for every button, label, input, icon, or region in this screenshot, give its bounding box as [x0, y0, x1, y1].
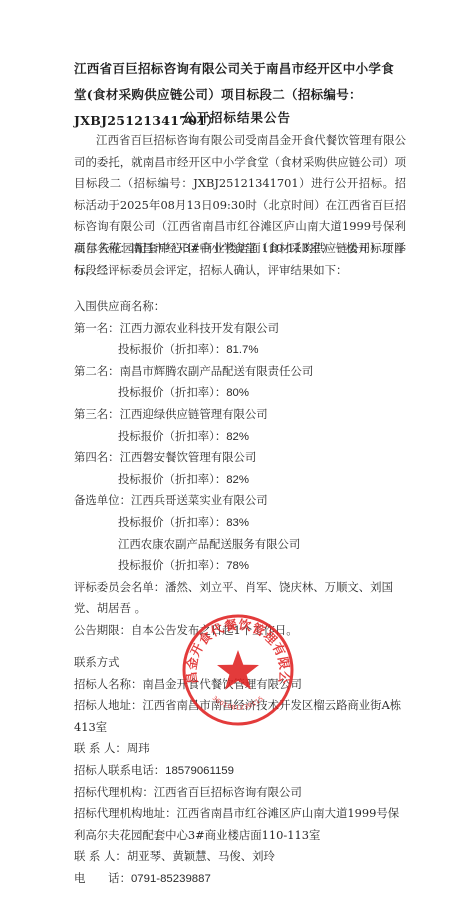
document-subtitle: 公开招标结果公告 [0, 108, 474, 126]
agency-label: 招标代理机构： [74, 785, 154, 799]
svg-text:3601081230115: 3601081230115 [211, 695, 266, 712]
company-name: 江西农康农副产品配送服务有限公司 [118, 537, 300, 551]
bid-price-label: 投标报价（折扣率）： [118, 558, 226, 572]
company-name: 江西磐安餐饮管理有限公司 [120, 450, 257, 464]
rank-label: 第二名： [74, 364, 120, 378]
company-name: 江西兵哥送菜实业有限公司 [131, 493, 268, 507]
discount-rate: 82% [226, 431, 249, 443]
ranking-2: 第二名：南昌市辉腾农副产品配送有限责任公司 投标报价（折扣率）：80% [74, 361, 406, 404]
tenderer-name-label: 招标人名称： [74, 677, 142, 691]
discount-rate: 83% [226, 517, 249, 529]
bid-price-label: 投标报价（折扣率）： [118, 472, 226, 486]
ranking-1: 第一名：江西力源农业科技开发有限公司 投标报价（折扣率）：81.7% [74, 318, 406, 361]
tenderer-phone-label: 招标人联系电话： [74, 763, 165, 777]
tenderer-address-label: 招标人地址： [74, 698, 142, 712]
discount-rate: 81.7% [226, 344, 258, 356]
company-name: 江西力源农业科技开发有限公司 [120, 321, 279, 335]
ranking-4: 第四名：江西磐安餐饮管理有限公司 投标报价（折扣率）：82% [74, 447, 406, 490]
tenderer-contact-label: 联 系 人： [74, 741, 127, 755]
seal-star-icon [217, 650, 259, 690]
results-section: 入围供应商名称： 第一名：江西力源农业科技开发有限公司 投标报价（折扣率）：81… [74, 296, 406, 642]
official-seal-icon: 南昌金开食代餐饮管理有限公司 3601081230115 [180, 612, 296, 728]
announcement-page: 江西省百巨招标咨询有限公司关于南昌市经开区中小学食堂(食材采购供应链公司）项目标… [0, 0, 474, 920]
bid-price-label: 投标报价（折扣率）： [118, 515, 226, 529]
notice-period-label: 公告期限： [74, 623, 131, 637]
ranking-3: 第三名：江西迎绿供应链管理有限公司 投标报价（折扣率）：82% [74, 404, 406, 447]
agency-contacts: 胡亚琴、黄颖慧、马俊、刘玲 [127, 849, 275, 863]
rank-label: 第四名： [74, 450, 120, 464]
discount-rate: 80% [226, 387, 249, 399]
bid-price-label: 投标报价（折扣率）： [118, 385, 226, 399]
project-name-label: 项目名称： [74, 241, 131, 255]
agency-address-label: 招标代理机构地址： [74, 806, 177, 820]
company-name: 南昌市辉腾农副产品配送有限责任公司 [120, 364, 314, 378]
seal-number: 3601081230115 [211, 695, 266, 712]
agency-name: 江西省百巨招标咨询有限公司 [154, 785, 302, 799]
bid-price-label: 投标报价（折扣率）： [118, 342, 226, 356]
tenderer-phone: 18579061159 [165, 765, 234, 777]
project-name: 项目名称：南昌市经开区中小学食堂（食材采购供应链公司）项目标段二 [74, 238, 406, 281]
agency-phone-label: 电 话： [74, 871, 131, 885]
rank-label: 第三名： [74, 407, 120, 421]
committee-label: 评标委员会名单： [74, 580, 165, 594]
bid-price-label: 投标报价（折扣率）： [118, 429, 226, 443]
discount-rate: 82% [226, 474, 249, 486]
agency-phone: 0791-85239887 [131, 873, 211, 885]
alternates-label: 备选单位： [74, 493, 131, 507]
alternates: 备选单位：江西兵哥送菜实业有限公司 投标报价（折扣率）：83% 江西农康农副产品… [74, 490, 406, 576]
rank-label: 第一名： [74, 321, 120, 335]
agency-contact-label: 联 系 人： [74, 849, 127, 863]
discount-rate: 78% [226, 560, 249, 572]
company-name: 江西迎绿供应链管理有限公司 [120, 407, 268, 421]
tenderer-contact: 周玮 [127, 741, 150, 755]
shortlist-heading: 入围供应商名称： [74, 296, 406, 318]
